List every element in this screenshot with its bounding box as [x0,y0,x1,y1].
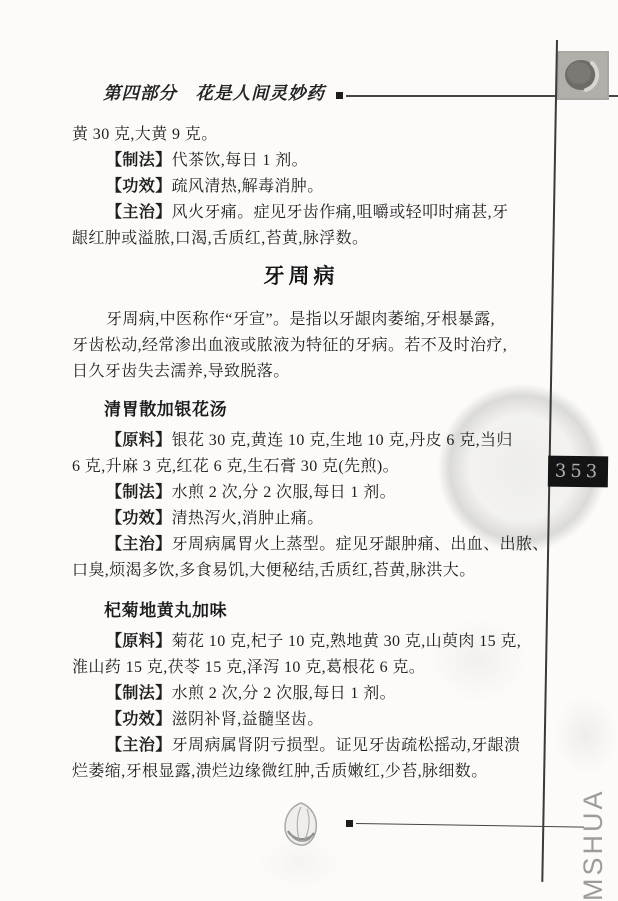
text-line: 【主治】风火牙痛。症见牙齿作痛,咀嚼或轻叩时痛甚,牙 [106,200,618,226]
text-line: 【原料】菊花 10 克,杞子 10 克,熟地黄 30 克,山萸肉 15 克, [106,629,618,655]
recipe-title: 清胃散加银花汤 [104,397,227,423]
text-line: 【制法】水煎 2 次,分 2 次服,每日 1 剂。 [106,681,618,707]
chapter-heading: 第四部分 花是人间灵妙药 [103,80,325,105]
scanned-book-page: 第四部分 花是人间灵妙药 353 黄 30 克,大黄 9 克。 【制法】代茶饮,… [0,0,618,901]
text-line: 烂萎缩,牙根显露,溃烂边缘微红肿,舌质嫩红,少苔,脉细数。 [72,759,618,785]
recipe-block: 【原料】菊花 10 克,杞子 10 克,熟地黄 30 克,山萸肉 15 克, 淮… [0,629,618,785]
text-line: 【主治】牙周病属胃火上蒸型。症见牙龈肿痛、出血、出脓、 [106,532,618,558]
square-bullet-icon [336,92,343,99]
text-line: 口臭,烦渴多饮,多食易饥,大便秘结,舌质红,苔黄,脉洪大。 [72,558,618,584]
text-line: 牙齿松动,经常渗出血液或脓液为特征的牙病。若不及时治疗, [72,333,618,359]
text-line: 6 克,升麻 3 克,红花 6 克,生石膏 30 克(先煎)。 [72,454,618,480]
text-line: 淮山药 15 克,茯苓 15 克,泽泻 10 克,葛根花 6 克。 [72,655,618,681]
text-line: 【原料】银花 30 克,黄连 10 克,生地 10 克,丹皮 6 克,当归 [106,428,618,454]
square-bullet-icon [346,820,353,827]
text-line: 【主治】牙周病属肾阴亏损型。证见牙齿疏松摇动,牙龈溃 [106,733,618,759]
carryover-paragraph: 黄 30 克,大黄 9 克。 【制法】代茶饮,每日 1 剂。 【功效】疏风清热,… [0,122,618,252]
section-intro-paragraph: 牙周病,中医称作“牙宣”。是指以牙龈肉萎缩,牙根暴露, 牙齿松动,经常渗出血液或… [0,307,618,385]
text-line: 日久牙齿失去濡养,导致脱落。 [72,359,618,385]
recipe-block: 【原料】银花 30 克,黄连 10 克,生地 10 克,丹皮 6 克,当归 6 … [0,428,618,584]
text-line: 【功效】滋阴补肾,益髓坚齿。 [106,707,618,733]
text-line: 【功效】疏风清热,解毒消肿。 [106,174,618,200]
recipe-title: 杞菊地黄丸加味 [104,598,227,624]
section-title: 牙周病 [72,262,530,292]
flower-ornament-icon [281,801,321,847]
stone-shell-icon [557,51,609,100]
text-line: 【功效】清热泻火,消肿止痛。 [106,506,618,532]
text-line: 牙周病,中医称作“牙宣”。是指以牙龈肉萎缩,牙根暴露, [106,307,618,333]
text-line: 【制法】水煎 2 次,分 2 次服,每日 1 剂。 [106,480,618,506]
text-line: 龈红肿或溢脓,口渴,舌质红,苔黄,脉浮数。 [72,226,618,252]
text-line: 【制法】代茶饮,每日 1 剂。 [106,148,618,174]
text-line: 黄 30 克,大黄 9 克。 [72,122,618,148]
footer-rule-line [356,823,584,828]
watermark-text: MSHUA [578,788,609,901]
